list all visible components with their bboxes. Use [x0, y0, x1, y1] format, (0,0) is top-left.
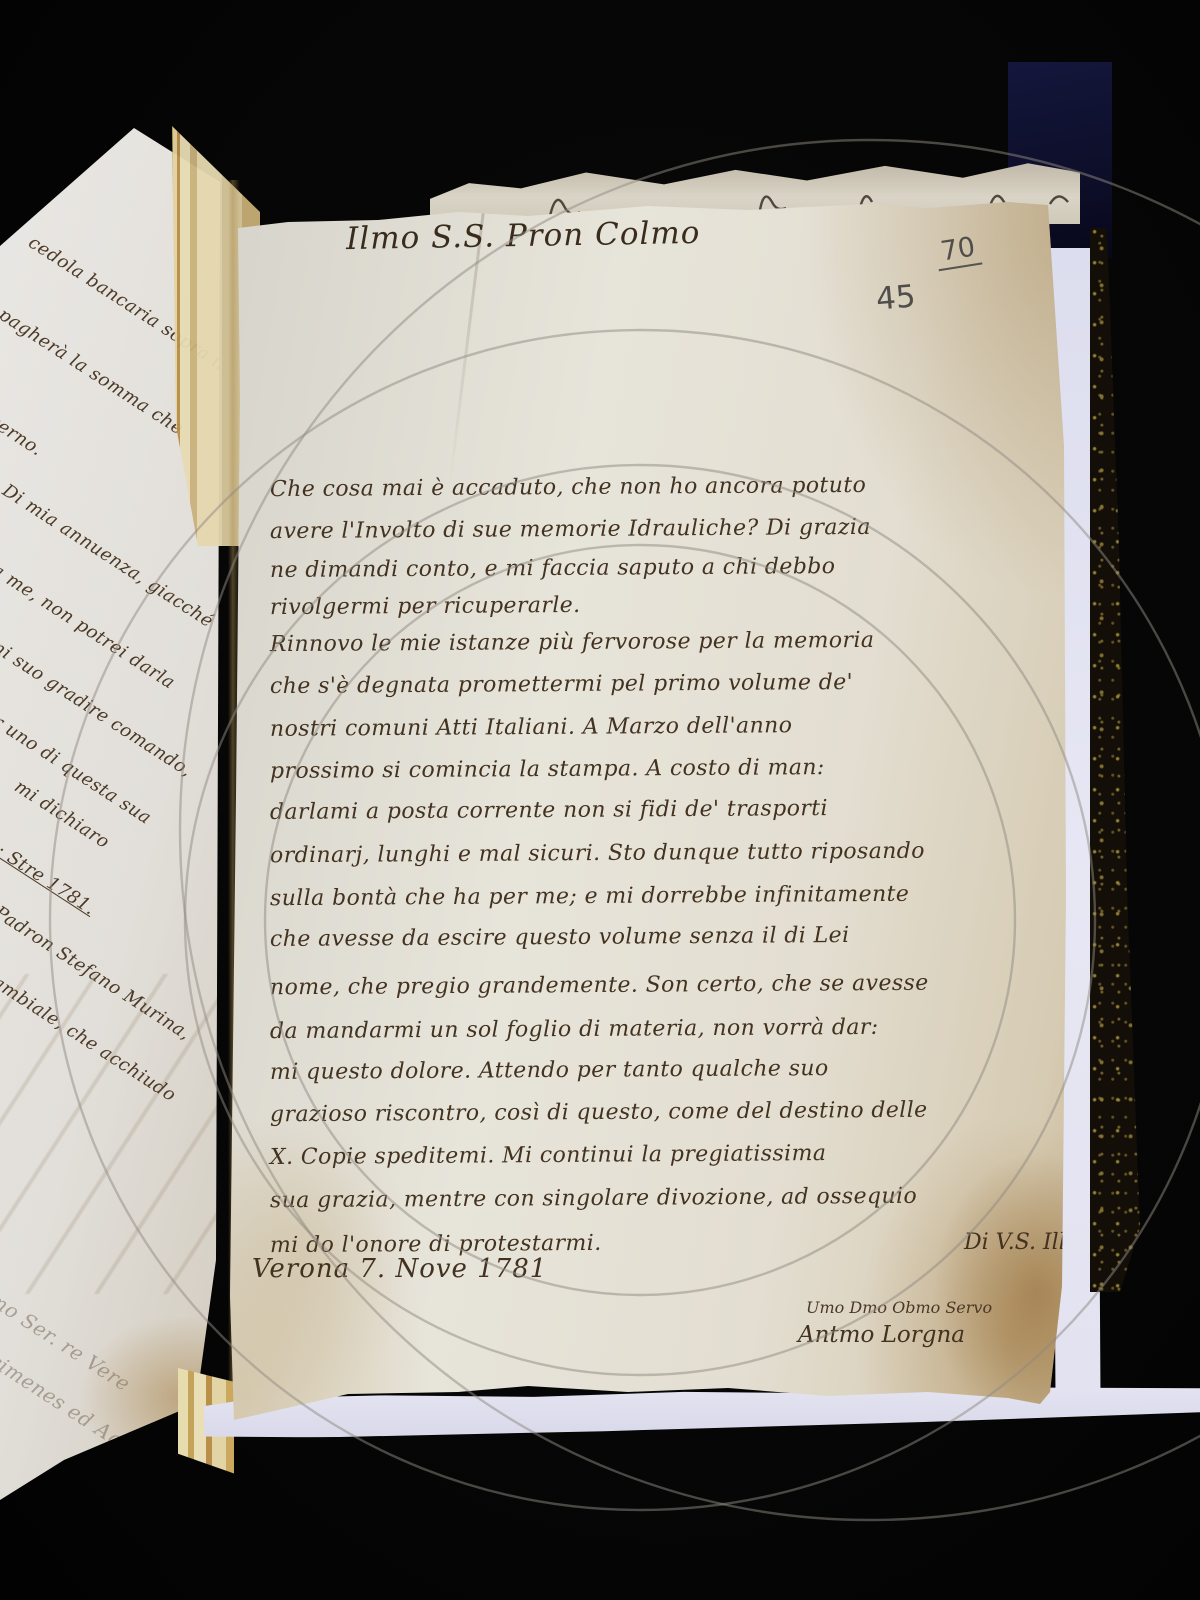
letter-line: nostri comuni Atti Italiani. A Marzo del…	[270, 713, 792, 742]
letter-line: Che cosa mai è accaduto, che non ho anco…	[270, 473, 866, 502]
letter-line: sulla bontà che ha per me; e mi dorrebbe…	[270, 882, 909, 911]
letter-line: grazioso riscontro, così di questo, come…	[270, 1098, 928, 1128]
photograph-of-manuscript-book: cedola bancaria sopra il pagherà la somm…	[0, 0, 1200, 1600]
dateline: Verona 7. Nove 1781	[252, 1254, 547, 1284]
book-cover-edge	[1090, 228, 1140, 1292]
secondary-number: 45	[875, 278, 917, 317]
letter-line: da mandarmi un sol foglio di materia, no…	[270, 1015, 879, 1044]
valediction: Umo Dmo Obmo Servo	[806, 1298, 992, 1317]
letter-line: avere l'Involto di sue memorie Idraulich…	[270, 515, 871, 544]
letter-line: ordinarj, lunghi e mal sicuri. Sto dunqu…	[270, 839, 925, 869]
letter-line: X. Copie speditemi. Mi continui la pregi…	[270, 1141, 826, 1170]
folio-number: 70	[934, 231, 983, 272]
letter-line: ne dimandi conto, e mi faccia saputo a c…	[270, 554, 836, 583]
bleed-through-text	[0, 974, 224, 1294]
letter-line: darlami a posta corrente non si fidi de'…	[270, 796, 828, 825]
letter-line: mi questo dolore. Attendo per tanto qual…	[270, 1056, 829, 1085]
left-page-line: verno.	[0, 410, 47, 460]
letter-line: sua grazia, mentre con singolare divozio…	[270, 1184, 917, 1214]
signature: Antmo Lorgna	[798, 1322, 965, 1348]
letter-line: prossimo si comincia la stampa. A costo …	[270, 755, 825, 784]
left-page-line: : Stre 1781.	[0, 840, 99, 920]
letter-line: nome, che pregio grandemente. Son certo,…	[270, 971, 929, 1001]
letter-line: Rinnovo le mie istanze più fervorose per…	[270, 628, 875, 657]
left-page-line: Di mia annuenza, giacché	[0, 480, 217, 632]
left-page-line: gni suo gradire comando,	[0, 630, 196, 781]
letter-line: rivolgermi per ricuperarle.	[270, 593, 581, 620]
letter-page: Ilmo S.S. Pron Colmo 70 45 Che cosa mai …	[228, 196, 1070, 1428]
letter-line: che avesse da escire questo volume senza…	[270, 923, 850, 952]
letter-line: che s'è degnata promettermi pel primo vo…	[270, 670, 853, 699]
salutation: Ilmo S.S. Pron Colmo	[346, 215, 701, 257]
